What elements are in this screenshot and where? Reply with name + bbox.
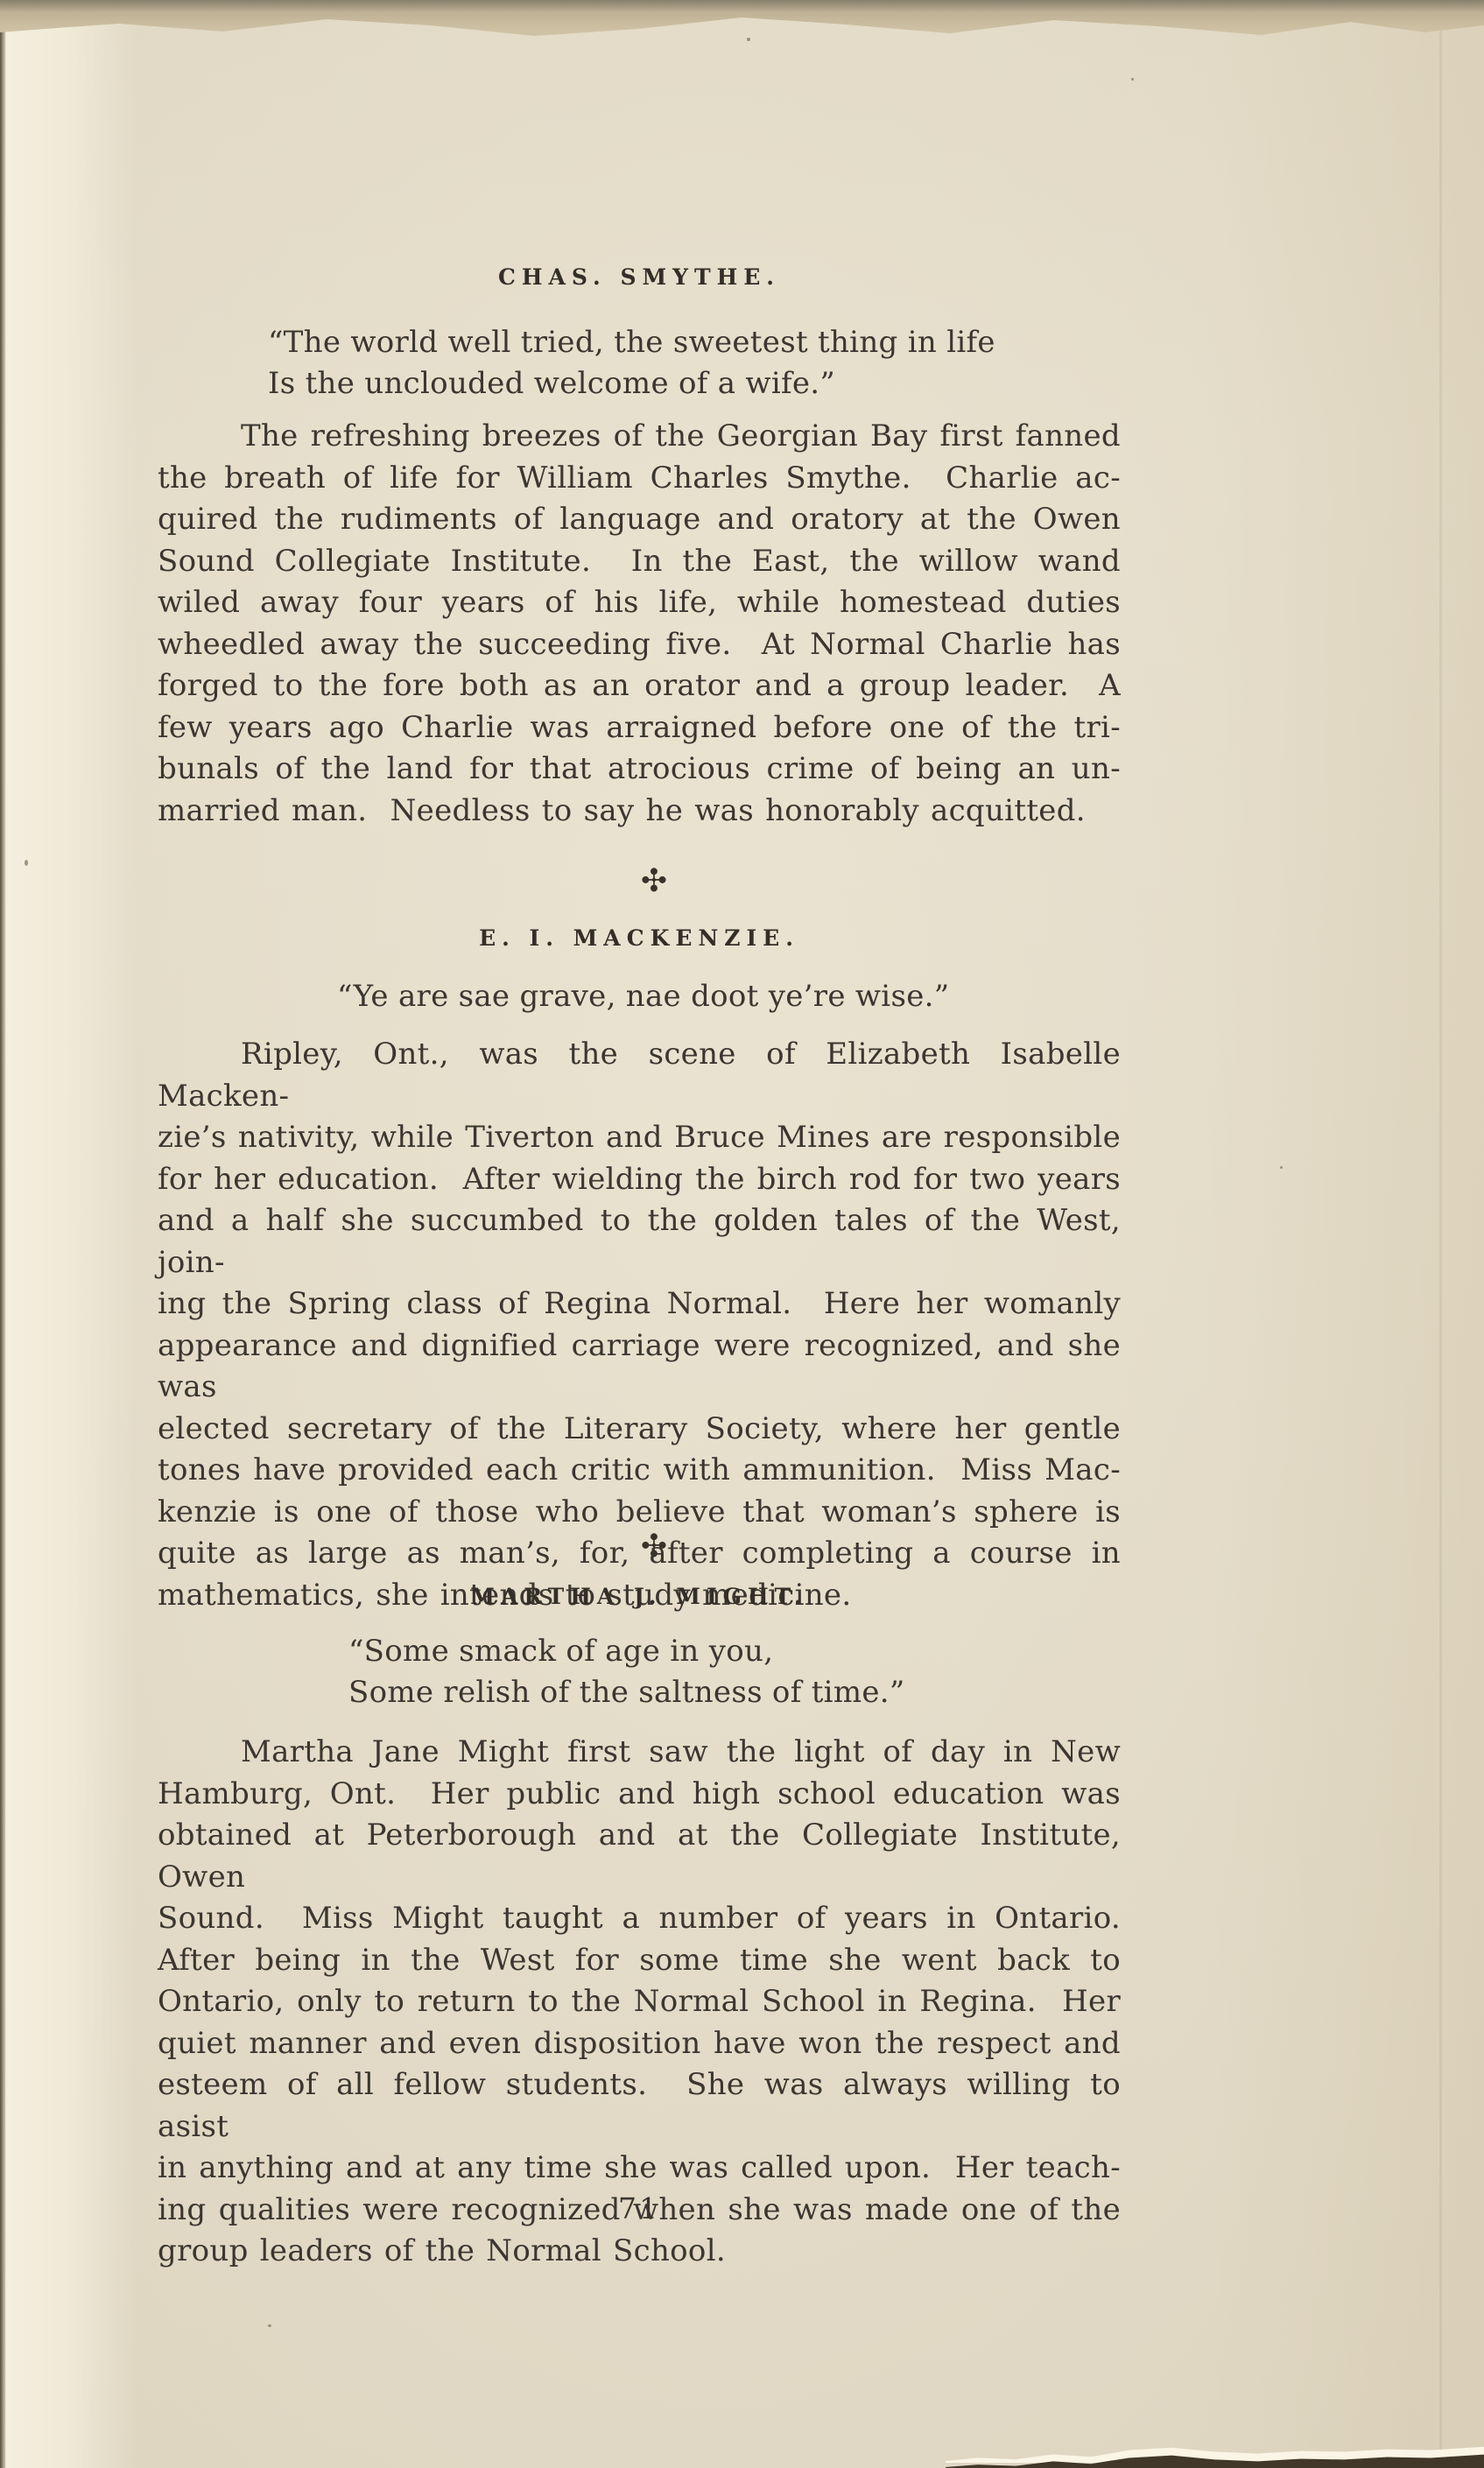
page-right-shade: [1204, 0, 1484, 2468]
text-line: obtained at Peterborough and at the Coll…: [158, 1815, 1121, 1898]
text-line: Sound Collegiate Institute. In the East,…: [158, 541, 1121, 583]
text-line: forged to the fore both as an orator and…: [158, 665, 1121, 707]
paper-speck: [747, 38, 750, 41]
fleuron-icon: ✣: [172, 864, 1136, 899]
paper-speck: [1280, 1166, 1283, 1169]
text-line: few years ago Charlie was arraigned befo…: [158, 707, 1121, 749]
paper-speck: [268, 2324, 271, 2327]
book-page: CHAS. SMYTHE. “The world well tried, the…: [0, 0, 1484, 2468]
text-line: “Ye are sae grave, nae doot ye’re wise.”: [337, 976, 1300, 1017]
text-line: Ripley, Ont., was the scene of Elizabeth…: [158, 1034, 1121, 1117]
text-line: tones have provided each critic with amm…: [158, 1450, 1121, 1492]
top-scan-edge: [0, 0, 1484, 12]
text-line: kenzie is one of those who believe that …: [158, 1492, 1121, 1534]
quote-ei-mackenzie: “Ye are sae grave, nae doot ye’re wise.”: [158, 976, 1300, 1017]
section-title-chas-smythe: CHAS. SMYTHE.: [158, 263, 1121, 292]
section-title-martha-might: MARTHA J. MIGHT.: [158, 1582, 1121, 1612]
text-line: wiled away four years of his life, while…: [158, 582, 1121, 624]
quote-chas-smythe: “The world well tried, the sweetest thin…: [158, 322, 1231, 404]
text-line: for her education. After wielding the bi…: [158, 1159, 1121, 1201]
text-line: Martha Jane Might first saw the light of…: [158, 1732, 1121, 1774]
page-number: 71: [158, 2191, 1121, 2225]
section-title-ei-mackenzie: E. I. MACKENZIE.: [158, 924, 1121, 953]
text-line: Hamburg, Ont. Her public and high school…: [158, 1774, 1121, 1816]
text-line: appearance and dignified carriage were r…: [158, 1325, 1121, 1409]
text-line: the breath of life for William Charles S…: [158, 458, 1121, 500]
text-line: in anything and at any time she was call…: [158, 2148, 1121, 2190]
text-line: “Some smack of age in you,: [348, 1631, 1312, 1672]
text-line: After being in the West for some time sh…: [158, 1940, 1121, 1982]
bottom-torn-edge: [946, 2426, 1484, 2468]
binding-edge: [0, 0, 6, 2468]
torn-edge-highlight: [946, 2421, 1484, 2463]
page-left-edge-highlight: [5, 0, 137, 2468]
quote-martha-might: “Some smack of age in you,Some relish of…: [158, 1631, 1312, 1713]
bio-paragraph-chas-smythe: The refreshing breezes of the Georgian B…: [158, 416, 1121, 832]
text-line: esteem of all fellow students. She was a…: [158, 2064, 1121, 2148]
text-line: wheedled away the succeeding five. At No…: [158, 624, 1121, 666]
paper-speck: [25, 860, 28, 866]
text-line: married man. Needless to say he was hono…: [158, 791, 1121, 833]
text-line: The refreshing breezes of the Georgian B…: [158, 416, 1121, 458]
fleuron-icon: ✣: [172, 1529, 1136, 1564]
text-line: bunals of the land for that atrocious cr…: [158, 749, 1121, 791]
page-right-edge-line: [1439, 0, 1442, 2468]
paper-speck: [1131, 78, 1134, 81]
text-line: elected secretary of the Literary Societ…: [158, 1409, 1121, 1451]
text-line: quired the rudiments of language and ora…: [158, 499, 1121, 541]
text-line: Sound. Miss Might taught a number of yea…: [158, 1898, 1121, 1940]
text-line: “The world well tried, the sweetest thin…: [268, 322, 1231, 363]
text-line: Ontario, only to return to the Normal Sc…: [158, 1981, 1121, 2023]
text-line: Is the unclouded welcome of a wife.”: [268, 363, 1231, 404]
text-line: Some relish of the saltness of time.”: [348, 1672, 1312, 1713]
text-line: group leaders of the Normal School.: [158, 2231, 1121, 2273]
text-line: zie’s nativity, while Tiverton and Bruce…: [158, 1117, 1121, 1159]
text-line: ing the Spring class of Regina Normal. H…: [158, 1283, 1121, 1325]
text-line: quiet manner and even disposition have w…: [158, 2023, 1121, 2065]
text-line: and a half she succumbed to the golden t…: [158, 1200, 1121, 1283]
